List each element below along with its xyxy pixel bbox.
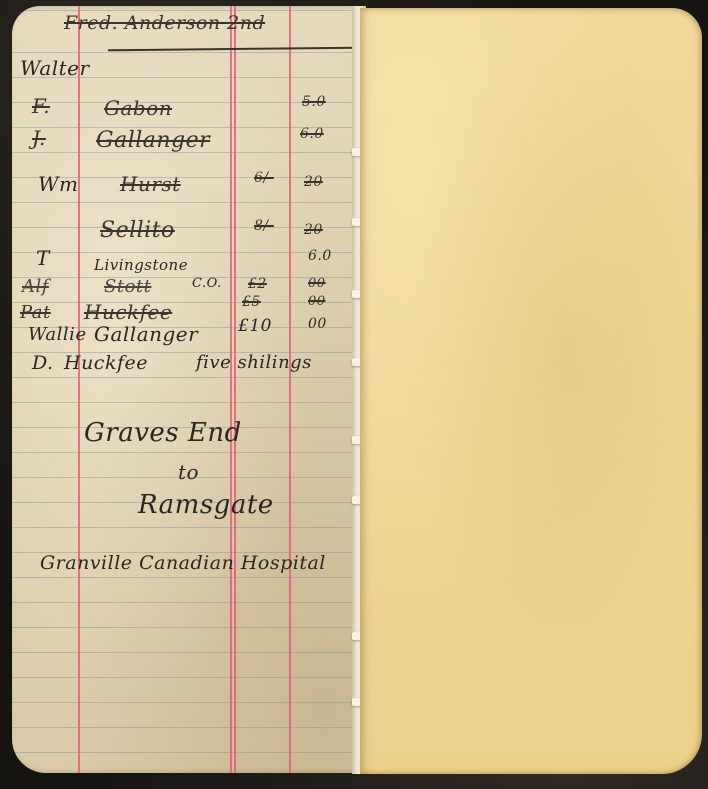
left-page: Fred. Anderson 2nd Walter F. Gabon 5.0 J… [12,6,360,773]
page-rulings [12,6,360,773]
margin-line [78,6,80,773]
entry-amount: 00 [308,276,326,291]
entry-amount: 20 [304,174,323,190]
heading-walter: Walter [20,56,90,80]
column-line [234,6,236,773]
entry-name: Sellito [100,218,175,243]
route-destination: Ramsgate [138,490,274,520]
entry-amount: 6.0 [308,248,332,264]
entry-amount: 00 [308,316,327,332]
entry-initial: Wallie [28,324,87,345]
entry-amount: 20 [304,222,323,238]
entry-name: Huckfee [64,352,148,374]
entry-initial: F. [32,94,50,118]
column-line [289,6,291,773]
entry-name: Stott [104,276,151,297]
column-line [230,6,232,773]
entry-note: five shilings [196,352,312,373]
entry-name: Gallanger [94,322,198,346]
entry-name: Hurst [120,172,181,196]
right-page [360,8,702,774]
entry-name: Gallanger [96,128,210,153]
entry-amount: 6.0 [300,126,324,142]
entry-name: Gabon [104,96,172,120]
header-text: Fred. Anderson 2nd [64,12,265,34]
entry-initial: T [36,246,50,270]
entry-shillings: 8/- [254,218,274,234]
entry-initial: Wm [38,172,79,196]
entry-initial: Pat [20,302,51,323]
entry-name: Livingstone [94,256,188,274]
entry-pounds: £10 [238,316,272,336]
entry-pounds: £2 [248,276,267,292]
entry-initial: D. [32,352,54,374]
route-from: Graves End [84,418,242,448]
entry-name: Huckfee [84,300,172,324]
entry-shillings: 6/- [254,170,274,186]
hospital-note: Granville Canadian Hospital [40,552,326,574]
entry-initial: Alf [22,276,49,297]
route-to-word: to [178,460,199,484]
entry-amount: 00 [308,294,326,309]
entry-amount: 5.0 [302,94,326,110]
entry-pounds: £5 [242,294,261,310]
entry-initial: J. [32,126,46,150]
entry-note: C.O. [192,276,222,291]
